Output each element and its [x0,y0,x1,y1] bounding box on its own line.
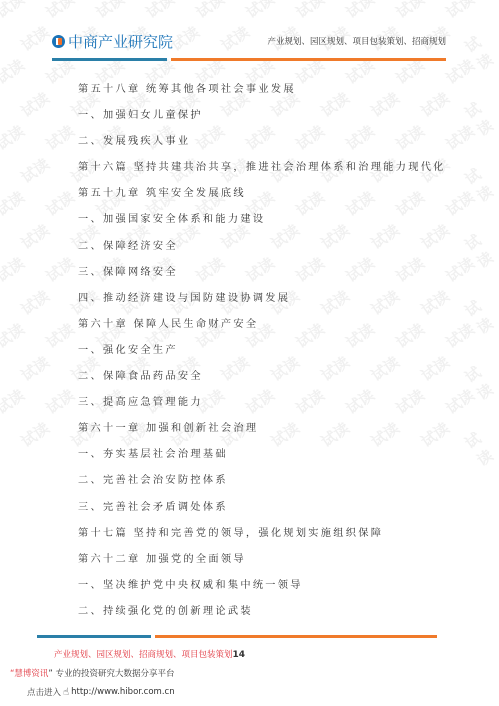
watermark-text: 试读 [0,186,28,220]
document-body: 第五十八章 统筹其他各项社会事业发展一、加强妇女儿童保护二、发展残疾人事业第十六… [78,80,438,628]
toc-line-text: 二、持续强化党的创新理论武装 [78,602,253,622]
toc-line-section: 四、推动经济建设与国防建设协调发展 [78,289,438,315]
toc-line-section: 一、坚决维护党中央权威和集中统一领导 [78,576,438,602]
watermark-text: 试读 [461,155,499,206]
watermark-text: 试读 [0,120,28,154]
watermark-text: 试读 [17,21,54,55]
watermark-text: 试读 [342,0,379,23]
watermark-text: 试读 [17,351,54,385]
watermark-text: 试读 [17,417,54,451]
page-header: 中商产业研究院 产业规划、园区规划、项目包装策划、招商规划 [52,30,446,60]
toc-line-text: 二、发展残疾人事业 [78,132,190,152]
toc-line-text: 一、坚决维护党中央权威和集中统一领导 [78,576,303,596]
hand-pointer-icon: ☝ [63,687,69,698]
toc-line-text: 第十七篇 坚持和完善党的领导，强化规划实施组织保障 [78,524,383,544]
toc-line-text: 第十六篇 坚持共建共治共享，推进社会治理体系和治理能力现代化 [78,158,446,178]
toc-line-chapter: 第五十九章 筑牢安全发展底线 [78,184,438,210]
watermark-text: 试读 [42,186,79,220]
watermark-text: 试读 [42,384,79,418]
toc-line-part: 第十六篇 坚持共建共治共享，推进社会治理体系和治理能力现代化 [78,158,438,184]
toc-line-text: 第六十二章 加强党的全面领导 [78,550,246,570]
header-rule-blue [52,58,167,61]
toc-line-part: 第十七篇 坚持和完善党的领导，强化规划实施组织保障 [78,524,438,550]
toc-line-text: 二、保障食品药品安全 [78,367,203,387]
footer-rule-orange [155,635,437,638]
brand-slogan: 专业的投资研究大数据分享平台 [53,669,175,679]
toc-line-section: 三、完善社会矛盾调处体系 [78,498,438,524]
watermark-text: 试读 [17,87,54,121]
toc-line-text: 二、保障经济安全 [78,237,178,257]
watermark-text: 试读 [392,0,429,23]
watermark-text: 试读 [0,318,28,352]
toc-line-section: 一、强化安全生产 [78,341,438,367]
watermark-text: 试读 [42,120,79,154]
toc-line-section: 一、夯实基层社会治理基础 [78,445,438,471]
watermark-text: 试读 [461,287,499,338]
watermark-text: 试读 [42,252,79,286]
toc-line-section: 二、保障食品药品安全 [78,367,438,393]
toc-line-text: 三、提高应急管理能力 [78,393,203,413]
watermark-text: 试读 [0,0,28,23]
toc-line-text: 三、保障网络安全 [78,263,178,283]
logo-text: 中商产业研究院 [68,31,173,52]
watermark-text: 试读 [461,221,499,272]
logo: 中商产业研究院 [52,31,173,52]
watermark-text: 试读 [442,0,479,23]
watermark-text: 试读 [192,0,229,23]
toc-line-text: 第六十章 保障人民生命财产安全 [78,315,258,335]
toc-line-section: 二、持续强化党的创新理论武装 [78,602,438,628]
hibor-link[interactable]: http://www.hibor.com.cn [71,687,175,697]
watermark-text: 试读 [442,186,479,220]
toc-line-text: 一、夯实基层社会治理基础 [78,445,228,465]
toc-line-text: 四、推动经济建设与国防建设协调发展 [78,289,290,309]
watermark-text: 试读 [0,54,28,88]
footer-caption-text: 产业规划、园区规划、招商规划、项目包装策划 [54,650,233,660]
watermark-text: 试读 [142,0,179,23]
watermark-text: 试读 [461,353,499,404]
watermark-text: 试读 [0,252,28,286]
toc-line-chapter: 第六十一章 加强和创新社会治理 [78,419,438,445]
toc-line-section: 二、完善社会治安防控体系 [78,471,438,497]
watermark-text: 试读 [17,285,54,319]
watermark-text: 试读 [461,419,499,470]
toc-line-section: 二、发展残疾人事业 [78,132,438,158]
watermark-text: 试读 [17,219,54,253]
watermark-text: 试读 [42,318,79,352]
watermark-text: 试读 [242,0,279,23]
toc-line-text: 一、加强妇女儿童保护 [78,106,203,126]
watermark-text: 试读 [442,54,479,88]
brand-name: 慧博资讯 [14,669,48,679]
watermark-text: 试读 [442,120,479,154]
watermark-text: 试读 [461,23,499,74]
watermark-text: 试读 [442,384,479,418]
toc-line-text: 第五十九章 筑牢安全发展底线 [78,184,246,204]
footer-caption: 产业规划、园区规划、招商规划、项目包装策划14 [54,648,245,660]
watermark-text: 试读 [42,0,79,23]
footer-rule-blue [37,635,151,638]
header-rule-orange [171,58,446,61]
logo-icon [52,35,65,48]
toc-line-text: 第六十一章 加强和创新社会治理 [78,419,258,439]
watermark-text: 试读 [0,384,28,418]
toc-line-chapter: 第六十二章 加强党的全面领导 [78,550,438,576]
toc-line-section: 三、保障网络安全 [78,263,438,289]
toc-lines: 第五十八章 统筹其他各项社会事业发展一、加强妇女儿童保护二、发展残疾人事业第十六… [78,80,438,628]
link-prefix: 点击进入 [27,686,61,698]
toc-line-chapter: 第六十章 保障人民生命财产安全 [78,315,438,341]
page-number: 14 [233,650,246,660]
toc-line-text: 一、强化安全生产 [78,341,178,361]
toc-line-section: 一、加强国家安全体系和能力建设 [78,210,438,236]
toc-line-text: 三、完善社会矛盾调处体系 [78,498,228,518]
toc-line-text: 二、完善社会治安防控体系 [78,471,228,491]
watermark-text: 试读 [17,153,54,187]
watermark-text: 试读 [92,0,129,23]
toc-line-chapter: 第五十八章 统筹其他各项社会事业发展 [78,80,438,106]
toc-line-section: 三、提高应急管理能力 [78,393,438,419]
toc-line-text: 第五十八章 统筹其他各项社会事业发展 [78,80,296,100]
watermark-text: 试读 [442,252,479,286]
footer-brand-line: “慧博资讯” 专业的投资研究大数据分享平台 [10,667,175,679]
header-tagline: 产业规划、园区规划、项目包装策划、招商规划 [267,35,446,47]
watermark-text: 试读 [461,89,499,140]
watermark-text: 试读 [442,318,479,352]
toc-line-text: 一、加强国家安全体系和能力建设 [78,210,265,230]
watermark-text: 试读 [292,0,329,23]
toc-line-section: 一、加强妇女儿童保护 [78,106,438,132]
toc-line-section: 二、保障经济安全 [78,237,438,263]
footer-link-line: 点击进入 ☝ http://www.hibor.com.cn [27,686,175,698]
